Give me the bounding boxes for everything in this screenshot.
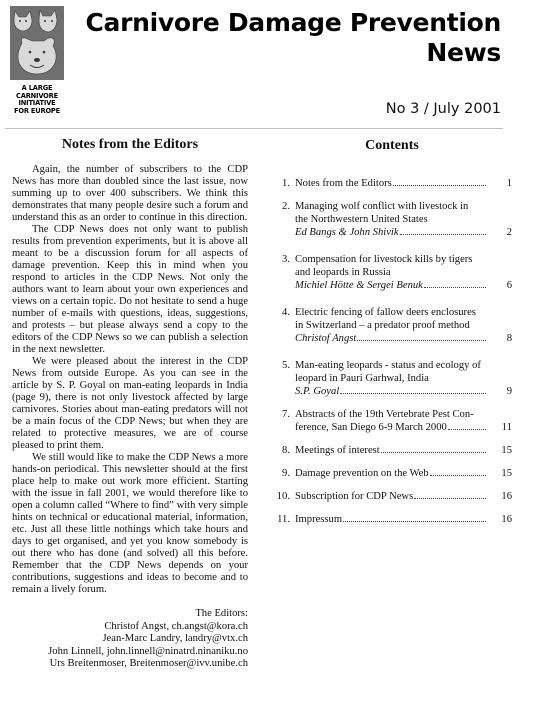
toc-entry-title: Damage prevention on the Web	[295, 467, 429, 480]
dot-leader	[400, 233, 486, 235]
newsletter-page: A LARGE CARNIVORE INITIATIVE FOR EUROPE …	[0, 0, 553, 723]
table-of-contents: 1.Notes from the Editors12.Managing wolf…	[272, 177, 512, 526]
contents-column: Contents 1.Notes from the Editors12.Mana…	[272, 139, 512, 536]
dot-leader	[448, 428, 486, 430]
editors-paragraph: The CDP News does not only want to publi…	[12, 224, 248, 356]
toc-entry[interactable]: 9.Damage prevention on the Web15	[272, 467, 512, 480]
toc-entry-body: Subscription for CDP News16	[295, 490, 512, 503]
toc-entry-number: 10.	[272, 490, 295, 503]
toc-entry-title-line: Man-eating leopards - status and ecology…	[295, 359, 512, 372]
editors-paragraph: We still would like to make the CDP News…	[12, 452, 248, 596]
logo-caption: A LARGE CARNIVORE INITIATIVE FOR EUROPE	[13, 84, 62, 114]
editor-contact: Jean-Marc Landry, landry@vtx.ch	[12, 633, 248, 646]
issue-number: No 3 / July 2001	[386, 101, 501, 117]
editors-notes-heading: Notes from the Editors	[12, 139, 248, 151]
dot-leader	[414, 497, 486, 499]
toc-entry-body: Impressum16	[295, 513, 512, 526]
editors-notes-column: Notes from the Editors Again, the number…	[12, 139, 248, 671]
toc-entry-body: Man-eating leopards - status and ecology…	[295, 359, 512, 398]
toc-entry-title-line: leopard in Pauri Garhwal, India	[295, 372, 512, 385]
toc-entry[interactable]: 1.Notes from the Editors1	[272, 177, 512, 190]
lcie-logo: A LARGE CARNIVORE INITIATIVE FOR EUROPE	[10, 6, 64, 121]
toc-entry-page: 16	[488, 490, 512, 503]
dot-leader	[424, 286, 486, 288]
toc-entry-author: Ed Bangs & John Shivik	[295, 226, 399, 239]
toc-entry-page: 2	[488, 226, 512, 239]
toc-entry-body: Compensation for livestock kills by tige…	[295, 253, 512, 292]
toc-entry[interactable]: 8.Meetings of interest15	[272, 444, 512, 457]
toc-entry[interactable]: 10.Subscription for CDP News16	[272, 490, 512, 503]
toc-entry-title: Subscription for CDP News	[295, 490, 413, 503]
toc-entry-title-line: and leopards in Russia	[295, 266, 512, 279]
editors-signoff: The Editors: Christof Angst, ch.angst@ko…	[12, 608, 248, 671]
toc-entry-body: Managing wolf conflict with livestock in…	[295, 200, 512, 239]
toc-entry-number: 8.	[272, 444, 295, 457]
toc-entry[interactable]: 3.Compensation for livestock kills by ti…	[272, 253, 512, 292]
toc-entry-title: ference, San Diego 6-9 March 2000	[295, 421, 447, 434]
toc-entry[interactable]: 2.Managing wolf conflict with livestock …	[272, 200, 512, 239]
toc-entry-number: 11.	[272, 513, 295, 526]
editor-contact: Christof Angst, ch.angst@kora.ch	[12, 621, 248, 634]
toc-entry-number: 7.	[272, 408, 295, 434]
toc-entry-page: 16	[488, 513, 512, 526]
toc-entry[interactable]: 11.Impressum16	[272, 513, 512, 526]
toc-entry-title: Impressum	[295, 513, 342, 526]
toc-entry-body: Electric fencing of fallow deers enclosu…	[295, 306, 512, 345]
toc-entry-title-line: Abstracts of the 19th Vertebrate Pest Co…	[295, 408, 512, 421]
toc-entry[interactable]: 4.Electric fencing of fallow deers enclo…	[272, 306, 512, 345]
toc-entry-number: 5.	[272, 359, 295, 398]
toc-entry-number: 1.	[272, 177, 295, 190]
toc-entry-page: 11	[488, 421, 512, 434]
dot-leader	[430, 474, 486, 476]
editors-paragraph: Again, the number of subscribers to the …	[12, 164, 248, 224]
toc-entry[interactable]: 7.Abstracts of the 19th Vertebrate Pest …	[272, 408, 512, 434]
toc-entry-page: 15	[488, 444, 512, 457]
toc-entry-title: Meetings of interest	[295, 444, 380, 457]
toc-entry[interactable]: 5.Man-eating leopards - status and ecolo…	[272, 359, 512, 398]
toc-entry-page: 15	[488, 467, 512, 480]
carnivore-heads-image	[10, 6, 64, 80]
toc-entry-body: Damage prevention on the Web15	[295, 467, 512, 480]
toc-entry-title: Notes from the Editors	[295, 177, 392, 190]
contents-heading: Contents	[272, 139, 512, 152]
newsletter-title: Carnivore Damage Prevention News	[85, 8, 501, 68]
toc-entry-page: 8	[488, 332, 512, 345]
toc-entry-author: Michiel Hötte & Sergei Benuk	[295, 279, 423, 292]
toc-entry-number: 3.	[272, 253, 295, 292]
toc-entry-page: 6	[488, 279, 512, 292]
toc-entry-title-line: in Switzerland – a predator proof method	[295, 319, 512, 332]
toc-entry-author: S.P. Goyal	[295, 385, 339, 398]
dot-leader	[343, 520, 486, 522]
editor-contact: John Linnell, john.linnell@ninatrd.ninan…	[12, 646, 248, 659]
toc-entry-page: 1	[488, 177, 512, 190]
toc-entry-title-line: Electric fencing of fallow deers enclosu…	[295, 306, 512, 319]
dot-leader	[393, 184, 486, 186]
header-rule	[5, 128, 503, 129]
toc-entry-title-line: Managing wolf conflict with livestock in	[295, 200, 512, 213]
dot-leader	[357, 339, 486, 341]
editors-paragraph: We were pleased about the interest in th…	[12, 356, 248, 452]
toc-entry-number: 9.	[272, 467, 295, 480]
toc-entry-title-line: Compensation for livestock kills by tige…	[295, 253, 512, 266]
toc-entry-number: 4.	[272, 306, 295, 345]
dot-leader	[381, 451, 486, 453]
toc-entry-body: Abstracts of the 19th Vertebrate Pest Co…	[295, 408, 512, 434]
toc-entry-author: Christof Angst	[295, 332, 356, 345]
toc-entry-body: Meetings of interest15	[295, 444, 512, 457]
toc-entry-title-line: the Northwestern United States	[295, 213, 512, 226]
editor-contact: Urs Breitenmoser, Breitenmoser@ivv.unibe…	[12, 658, 248, 671]
toc-entry-number: 2.	[272, 200, 295, 239]
toc-entry-page: 9	[488, 385, 512, 398]
toc-entry-body: Notes from the Editors1	[295, 177, 512, 190]
dot-leader	[340, 392, 486, 394]
